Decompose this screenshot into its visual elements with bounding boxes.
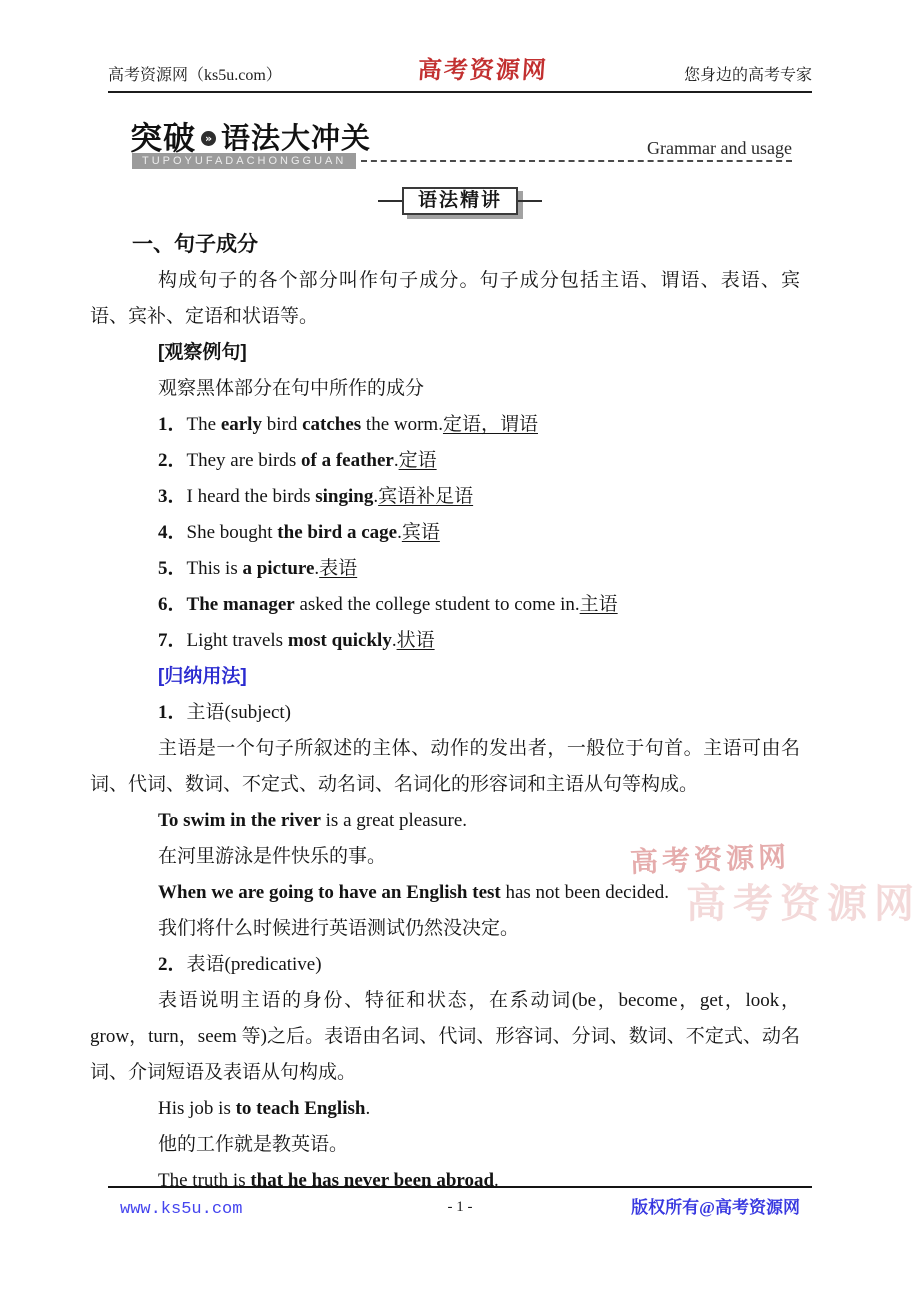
induce-section-list: 1．主语(subject)主语是一个句子所叙述的主体、动作的发出者，一般位于句首… (90, 695, 800, 1199)
example-answer: 状语 (397, 630, 435, 651)
subsection-number: 2． (158, 954, 187, 975)
site-logo: 高考资源网 (417, 50, 549, 85)
section-label-wrap: 语法精讲 (0, 187, 920, 215)
subsection-description: 主语是一个句子所叙述的主体、动作的发出者，一般位于句首。主语可由名词、代词、数词… (90, 731, 800, 803)
header-slogan: 您身边的高考专家 (684, 62, 812, 85)
bold-segment: To swim in the river (158, 810, 321, 831)
example-answer: 定语，谓语 (443, 414, 538, 435)
footer-row: www.ks5u.com - 1 - 版权所有@高考资源网 (120, 1193, 800, 1219)
subsection-title: 主语(subject) (187, 702, 291, 723)
example-sentence: 7．Light travels most quickly.状语 (158, 623, 800, 659)
page-number: - 1 - (448, 1199, 473, 1216)
example-sentence: 5．This is a picture.表语 (158, 551, 800, 587)
example-number: 2． (158, 450, 187, 471)
text-segment: . (365, 1098, 370, 1119)
bold-segment: of a feather (301, 450, 394, 471)
text-segment: is a great pleasure. (321, 810, 467, 831)
text-segment: This is (187, 558, 243, 579)
example-english: His job is to teach English. (158, 1091, 800, 1127)
document-page: 高考资源网（ks5u.com） 高考资源网 您身边的高考专家 突破 » 语法大冲… (0, 0, 920, 1302)
section-label-left-dash (378, 200, 402, 202)
chapter-banner: 突破 » 语法大冲关 Grammar and usage TUPOYUFADAC… (130, 113, 792, 171)
bold-segment: early (221, 414, 262, 435)
example-number: 6． (158, 594, 187, 615)
page-footer: www.ks5u.com - 1 - 版权所有@高考资源网 (0, 1186, 920, 1219)
example-english: When we are going to have an English tes… (158, 875, 800, 911)
text-segment: bird (262, 414, 302, 435)
section-label: 语法精讲 (402, 187, 518, 215)
bold-segment: When we are going to have an English tes… (158, 882, 501, 903)
bold-segment: a picture (242, 558, 314, 579)
bold-segment: the bird a cage (277, 522, 397, 543)
header-site-name: 高考资源网（ks5u.com） (108, 62, 282, 85)
subsection-heading: 2．表语(predicative) (158, 947, 800, 983)
example-sentence: 3．I heard the birds singing.宾语补足语 (158, 479, 800, 515)
induce-usage-label: [归纳用法] (158, 659, 800, 695)
text-segment: They are birds (187, 450, 301, 471)
example-number: 3． (158, 486, 187, 507)
observe-prompt: 观察黑体部分在句中所作的成分 (158, 371, 800, 407)
observe-examples-label: [观察例句] (158, 335, 800, 371)
example-number: 5． (158, 558, 187, 579)
bold-segment: The manager (187, 594, 295, 615)
example-number: 7． (158, 630, 187, 651)
example-answer: 主语 (580, 594, 618, 615)
example-english: To swim in the river is a great pleasure… (158, 803, 800, 839)
subsection-description: 表语说明主语的身份、特征和状态，在系动词(be，become，get，look，… (90, 983, 800, 1091)
text-segment: Light travels (187, 630, 288, 651)
example-number: 4． (158, 522, 187, 543)
example-chinese: 在河里游泳是件快乐的事。 (158, 839, 800, 875)
example-chinese: 他的工作就是教英语。 (158, 1127, 800, 1163)
bold-segment: singing (315, 486, 373, 507)
subsection-title: 表语(predicative) (187, 954, 322, 975)
example-sentence: 1．The early bird catches the worm.定语，谓语 (158, 407, 800, 443)
text-segment: has not been decided. (501, 882, 669, 903)
bold-segment: to teach English (236, 1098, 366, 1119)
subsection-heading: 1．主语(subject) (158, 695, 800, 731)
page-header: 高考资源网（ks5u.com） 高考资源网 您身边的高考专家 (108, 50, 812, 85)
example-answer: 表语 (319, 558, 357, 579)
section-label-right-dash (518, 200, 542, 202)
text-segment: I heard the birds (187, 486, 316, 507)
text-segment: The (187, 414, 221, 435)
observe-example-list: 1．The early bird catches the worm.定语，谓语2… (90, 407, 800, 659)
example-chinese: 我们将什么时候进行英语测试仍然没决定。 (158, 911, 800, 947)
example-sentence: 6．The manager asked the college student … (158, 587, 800, 623)
example-answer: 定语 (399, 450, 437, 471)
text-segment: asked the college student to come in. (295, 594, 580, 615)
text-segment: the worm. (361, 414, 443, 435)
chevron-circle-icon: » (201, 131, 216, 146)
banner-pinyin-bar: TUPOYUFADACHONGGUAN (132, 153, 356, 169)
main-content: 一、句子成分 构成句子的各个部分叫作句子成分。句子成分包括主语、谓语、表语、宾语… (90, 227, 800, 1199)
footer-rule (108, 1186, 812, 1188)
example-sentence: 4．She bought the bird a cage.宾语 (158, 515, 800, 551)
banner-title-rest: 语法大冲关 (221, 116, 371, 157)
banner-pinyin-row: TUPOYUFADACHONGGUAN (132, 153, 792, 169)
bold-segment: most quickly (288, 630, 392, 651)
footer-site-link: www.ks5u.com (120, 1200, 242, 1219)
footer-copyright: 版权所有@高考资源网 (631, 1193, 800, 1218)
bold-segment: catches (302, 414, 361, 435)
subsection-number: 1． (158, 702, 187, 723)
intro-paragraph: 构成句子的各个部分叫作句子成分。句子成分包括主语、谓语、表语、宾语、宾补、定语和… (90, 263, 800, 335)
banner-dashed-line (361, 160, 792, 162)
text-segment: His job is (158, 1098, 236, 1119)
example-number: 1． (158, 414, 187, 435)
text-segment: She bought (187, 522, 278, 543)
example-sentence: 2．They are birds of a feather.定语 (158, 443, 800, 479)
heading-sentence-components: 一、句子成分 (132, 227, 800, 263)
example-answer: 宾语 (402, 522, 440, 543)
example-answer: 宾语补足语 (378, 486, 473, 507)
header-rule (108, 91, 812, 93)
